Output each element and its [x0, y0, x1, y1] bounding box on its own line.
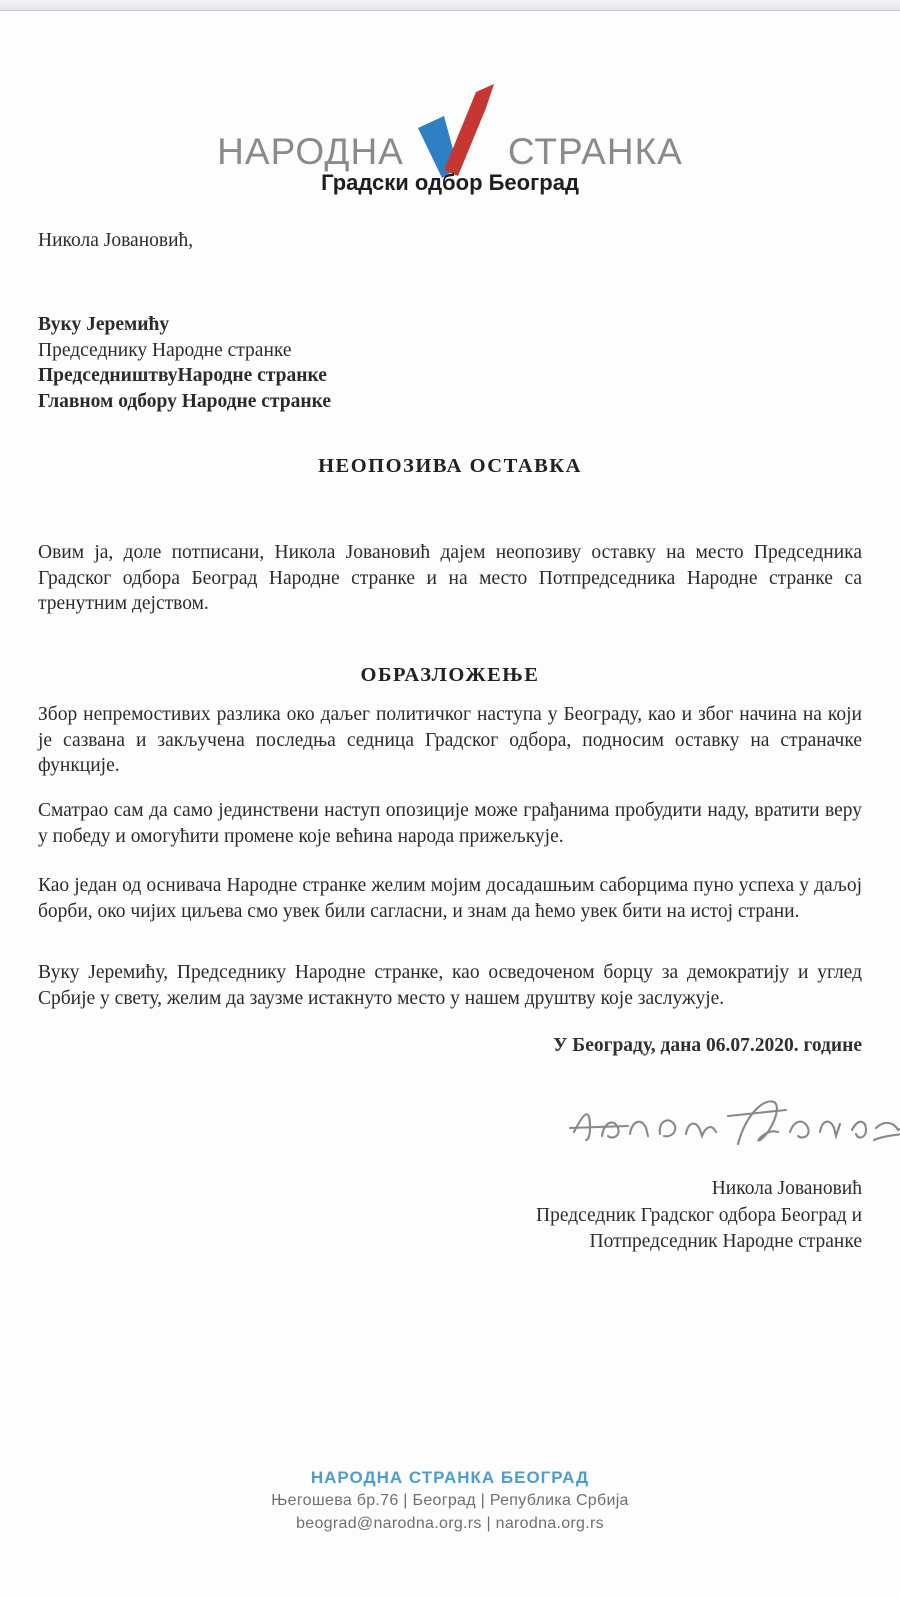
sender-name: Никола Јовановић,	[38, 228, 193, 254]
footer-party-name: НАРОДНА СТРАНКА БЕОГРАД	[0, 1466, 900, 1489]
recipient-line: ПредседништвуНародне странке	[38, 363, 331, 389]
signatory-name: Никола Јовановић	[536, 1176, 862, 1203]
footer-contact: beograd@narodna.org.rs | narodna.org.rs	[0, 1512, 900, 1535]
letter-document: НАРОДНА СТРАНКА Градски одбор Београд Ни…	[0, 0, 900, 1597]
paragraph: Овим ја, доле потписани, Никола Јованови…	[38, 540, 862, 617]
paragraph: Сматрао сам да само јединствени наступ о…	[38, 798, 862, 849]
recipient-block: Вуку Јеремићу Председнику Народне странк…	[38, 312, 331, 414]
handwritten-signature	[568, 1088, 900, 1158]
party-logo: НАРОДНА СТРАНКА	[0, 68, 900, 178]
recipient-line: Главном одбору Народне странке	[38, 389, 331, 415]
signatory-title: Председник Градског одбора Београд и	[536, 1203, 862, 1230]
paragraph: Као један од оснивача Народне странке же…	[38, 873, 862, 924]
paragraph: Збор непремостивих разлика око даљег пол…	[38, 702, 862, 779]
document-title: НЕОПОЗИВА ОСТАВКА	[0, 455, 900, 478]
letter-footer: НАРОДНА СТРАНКА БЕОГРАД Његошева бр.76 |…	[0, 1466, 900, 1535]
letterhead-subtitle: Градски одбор Београд	[0, 170, 900, 196]
signatory-block: Никола Јовановић Председник Градског одб…	[536, 1176, 862, 1256]
section-heading: ОБРАЗЛОЖЕЊЕ	[0, 664, 900, 687]
paragraph: Вуку Јеремићу, Председнику Народне стран…	[38, 960, 862, 1011]
signatory-title: Потпредседник Народне странке	[536, 1229, 862, 1256]
recipient-line: Вуку Јеремићу	[38, 312, 331, 338]
scan-edge-strip	[0, 0, 900, 11]
footer-address: Његошева бр.76 | Београд | Република Срб…	[0, 1489, 900, 1512]
date-place-line: У Београду, дана 06.07.2020. године	[553, 1035, 862, 1057]
party-checkmark-icon	[414, 82, 502, 180]
recipient-line: Председнику Народне странке	[38, 338, 331, 364]
